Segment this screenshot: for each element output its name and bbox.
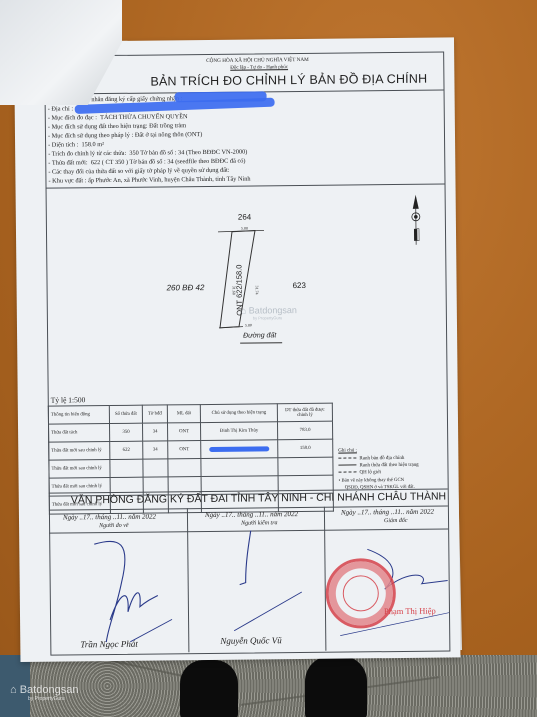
table-cell (143, 459, 168, 477)
road-label: Đường đất (243, 332, 276, 339)
watermark-subtext: by PropertyGuru (28, 696, 78, 702)
shoe-right (305, 656, 367, 717)
legend-text: QH lộ giới (360, 470, 382, 475)
edge-length-top: 5.00 (241, 226, 248, 231)
watermark-text: Batdongsan (249, 305, 297, 316)
edge-length-right: 31.74 (255, 285, 260, 294)
info-label: - Diện tích : (48, 141, 78, 148)
info-label: - Trích đo chỉnh lý từ các thửa: (48, 150, 126, 158)
director-name: Phạm Thị Hiệp (384, 606, 436, 617)
table-header: Tờ bđđ (142, 405, 167, 423)
neighbor-east-label: 623 (293, 281, 306, 290)
neighbor-north-label: 264 (238, 213, 251, 222)
director-date: Ngày ..17.. tháng ..11.. năm 2022 (341, 508, 434, 517)
legend-text: Ranh thửa đất theo hiện trạng (359, 463, 418, 469)
map-scale: Tỷ lệ 1:500 (51, 395, 86, 404)
info-label: - Thửa đất mới: (48, 159, 87, 166)
watermark-text: Batdongsan (20, 684, 79, 696)
table-header: Thông tin biến động (48, 406, 109, 425)
table-cell: 158.0 (278, 439, 333, 458)
table-cell: 783.0 (277, 421, 332, 440)
table-cell: 34 (143, 441, 168, 459)
neighbor-west-label: 260 BĐ 42 (167, 283, 205, 292)
info-value: ấp Phước An, xã Phước Vinh, huyện Châu T… (88, 176, 251, 185)
floor-tiles (0, 655, 537, 717)
table-header: DT thửa đất đã được chỉnh lý (277, 403, 332, 422)
shoe-left (180, 660, 238, 717)
director-role: Giám đốc (384, 518, 408, 524)
info-label: - Địa chỉ : (48, 105, 73, 112)
table-cell: ONT (168, 441, 201, 459)
info-label: - Mục đích sử dụng theo pháp lý : (48, 132, 133, 140)
info-value: 158.0 m² (81, 141, 104, 148)
watermark-logo-icon: ⌂ (10, 684, 17, 696)
checker-role: Người kiểm tra (241, 520, 278, 526)
table-cell (201, 458, 278, 477)
table-cell-redacted (201, 440, 278, 459)
legend-item: Ranh thửa đất theo hiện trạng (338, 463, 418, 469)
info-legal-use: - Mục đích sử dụng theo pháp lý : Đất ở … (48, 130, 202, 141)
official-stamp-icon (325, 558, 396, 629)
surveyor-name: Trần Ngọc Phát (80, 639, 138, 650)
surveyor-signature (94, 541, 158, 642)
table-header: Số thửa đất (109, 405, 142, 423)
table-cell (278, 457, 333, 476)
surveyor-date: Ngày ..17.. tháng ..11.. năm 2022 (63, 513, 156, 522)
nation-heading: CỘNG HÒA XÃ HỘI CHỦ NGHĨA VIỆT NAM (206, 57, 309, 64)
info-label: - Mục đích sử dụng đất theo hiện trạng: (48, 123, 148, 131)
watermark-subtext: by PropertyGuru (253, 315, 297, 320)
legend-note: • Bản vẽ này không thay thế GCN (339, 478, 405, 484)
legend-note-text: Bản vẽ này không thay thế GCN (341, 478, 404, 484)
north-arrow-icon (412, 195, 421, 245)
table-header: ML đất (167, 405, 200, 423)
edge-length-bottom: 5.00 (245, 323, 252, 328)
document-title: BẢN TRÍCH ĐO CHỈNH LÝ BẢN ĐỒ ĐỊA CHÍNH (150, 72, 427, 89)
checker-signature-stroke (234, 592, 302, 631)
table-cell: Thửa đất tách (49, 424, 110, 443)
info-value: TÁCH THỬA CHUYỂN QUYỀN (100, 113, 188, 121)
table-cell: Đinh Thị Kim Thủy (200, 422, 277, 441)
watermark-corner: ⌂ Batdongsan by PropertyGuru (10, 684, 78, 702)
table-cell (110, 459, 143, 477)
table-header: Chủ sử dụng theo hiện trạng (200, 404, 277, 423)
checker-date: Ngày ..17.. tháng ..11.. năm 2022 (205, 510, 298, 519)
table-cell: Thửa đất mới sau chỉnh lý (49, 442, 110, 461)
legend-item: QH lộ giới (339, 470, 382, 475)
table-cell: 34 (142, 423, 167, 441)
table-cell: 350 (110, 423, 143, 441)
watermark-logo-icon: ⌂ (241, 306, 247, 316)
table-cell (168, 459, 201, 477)
info-value: Đất ở tại nông thôn (ONT) (135, 131, 203, 139)
checker-name: Nguyễn Quốc Vũ (220, 635, 282, 646)
info-value: Đất trồng tràm (149, 122, 186, 129)
table-cell: Thửa đất mới sau chỉnh lý (49, 460, 110, 479)
checker-signature (239, 528, 255, 584)
info-label: - Khu vực đất : (48, 177, 86, 184)
legend-title: Ghi chú : (338, 448, 357, 453)
watermark-center: ⌂ Batdongsan by PropertyGuru (241, 305, 297, 321)
table-cell: ONT (167, 423, 200, 441)
table-cell: 622 (110, 441, 143, 459)
motto: Độc lập - Tự do - Hạnh phúc (230, 65, 288, 71)
legend-item: Ranh bản đồ địa chính (338, 456, 404, 462)
cadastral-document: ...Tây Ninh ...Châu Thành ...TĐCL CỘNG H… (14, 37, 460, 662)
info-value: 350 Tờ bản đồ số : 34 (Theo BĐĐC VN-2000… (129, 149, 247, 157)
legend-text: Ranh bản đồ địa chính (359, 456, 404, 461)
surveyor-role: Người đo vẽ (99, 523, 129, 529)
info-label: - Mục đích đo đạc : (48, 114, 97, 122)
